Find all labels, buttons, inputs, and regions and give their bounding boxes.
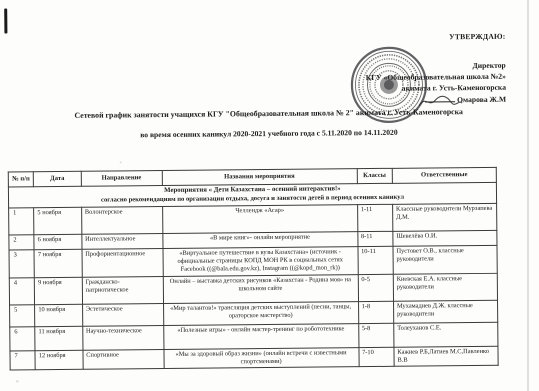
row-date: 5 ноября xyxy=(34,207,82,234)
row-num: 2 xyxy=(9,234,34,249)
approval-label: УТВЕРЖДАЮ: xyxy=(275,31,505,44)
row-grades: 1-11 xyxy=(357,204,393,231)
header-event: Названия мероприятия xyxy=(162,169,357,186)
row-grades: 7-10 xyxy=(359,347,395,367)
scanned-document-page: УТВЕРЖДАЮ: Директор КГУ «Общеобразовател… xyxy=(0,0,539,391)
row-direction: Волонтерское xyxy=(81,206,162,234)
row-grades: 8-11 xyxy=(357,231,393,246)
document-subtitle: во время осенних каникул 2020-2021 учебн… xyxy=(0,126,538,140)
row-responsible: Классные руководители Мурзапева Д.М. xyxy=(392,203,496,231)
row-num: 6 xyxy=(10,326,35,350)
row-direction: Интеллектуальное xyxy=(82,233,163,249)
row-direction: Профориентационное xyxy=(82,248,163,277)
scan-noise-dot xyxy=(120,161,122,163)
row-num: 1 xyxy=(9,207,35,234)
row-date: 10 ноября xyxy=(35,304,83,326)
table-row: 7 12 ноября Спортивное «Мы за здоровый о… xyxy=(10,346,498,370)
row-responsible: Толеуханов С.Е. xyxy=(394,322,498,347)
row-responsible: Киевская Е.А. классные руководители xyxy=(393,273,497,301)
header-num: № п/п xyxy=(8,172,33,188)
document-title: Сетевой график занятости учащихся КГУ "О… xyxy=(0,106,538,120)
row-date: 7 ноября xyxy=(34,249,82,277)
row-grades: 1-8 xyxy=(358,301,394,323)
row-direction: Научно-техническое xyxy=(82,325,163,350)
page-edge-line xyxy=(527,0,529,391)
row-event: Челлендж «Асар» xyxy=(162,204,357,233)
row-direction: Спортивное xyxy=(83,349,164,369)
header-responsible: Ответственные xyxy=(392,167,496,183)
row-date: 9 ноября xyxy=(35,277,83,304)
scan-noise-dot xyxy=(16,380,19,382)
header-grades: Классы xyxy=(357,168,393,184)
row-num: 4 xyxy=(9,277,35,304)
row-event: «Виртуальное путешествие в вузы Казахста… xyxy=(163,246,358,276)
row-event: «Мир талантов!» трансляция детских высту… xyxy=(163,301,358,325)
row-direction: Гражданско-патриотическое xyxy=(82,276,163,304)
row-date: 6 ноября xyxy=(34,234,82,249)
header-direction: Направление xyxy=(81,171,162,187)
document-content: УТВЕРЖДАЮ: Директор КГУ «Общеобразовател… xyxy=(0,0,539,391)
row-event: Онлайн – выставка детских рисунков «Каза… xyxy=(163,274,358,303)
row-num: 3 xyxy=(9,249,35,277)
signatory-name: Омарова Ж.М xyxy=(457,95,506,104)
row-grades: 5-8 xyxy=(358,323,394,347)
row-date: 12 ноября xyxy=(35,350,83,370)
row-grades: 10-11 xyxy=(358,246,394,274)
row-direction: Эстетическое xyxy=(82,303,163,326)
signature-line xyxy=(425,101,455,102)
schedule-table: № п/п Дата Направление Названия мероприя… xyxy=(8,167,499,371)
row-num: 7 xyxy=(10,350,35,370)
row-responsible: Пустовет О.В., классные руководители xyxy=(393,245,497,274)
row-date: 11 ноября xyxy=(35,326,83,350)
row-responsible: Кажиев Р.Б,Латиев М.С,Павленко В.В xyxy=(394,346,498,366)
header-date: Дата xyxy=(34,171,82,187)
row-responsible: Мухамадиев Д.Ж. классные руководители xyxy=(393,300,497,323)
row-event: «Полезные игры» - онлайн мастер-тренинг … xyxy=(163,323,358,349)
row-event: «Мы за здоровый образ жизни» (онлайн вст… xyxy=(164,347,359,368)
row-num: 5 xyxy=(10,304,35,326)
scan-artifact-mark xyxy=(4,9,7,34)
row-grades: 0-5 xyxy=(358,274,394,301)
row-responsible: Шевелёва О.И. xyxy=(393,230,497,246)
